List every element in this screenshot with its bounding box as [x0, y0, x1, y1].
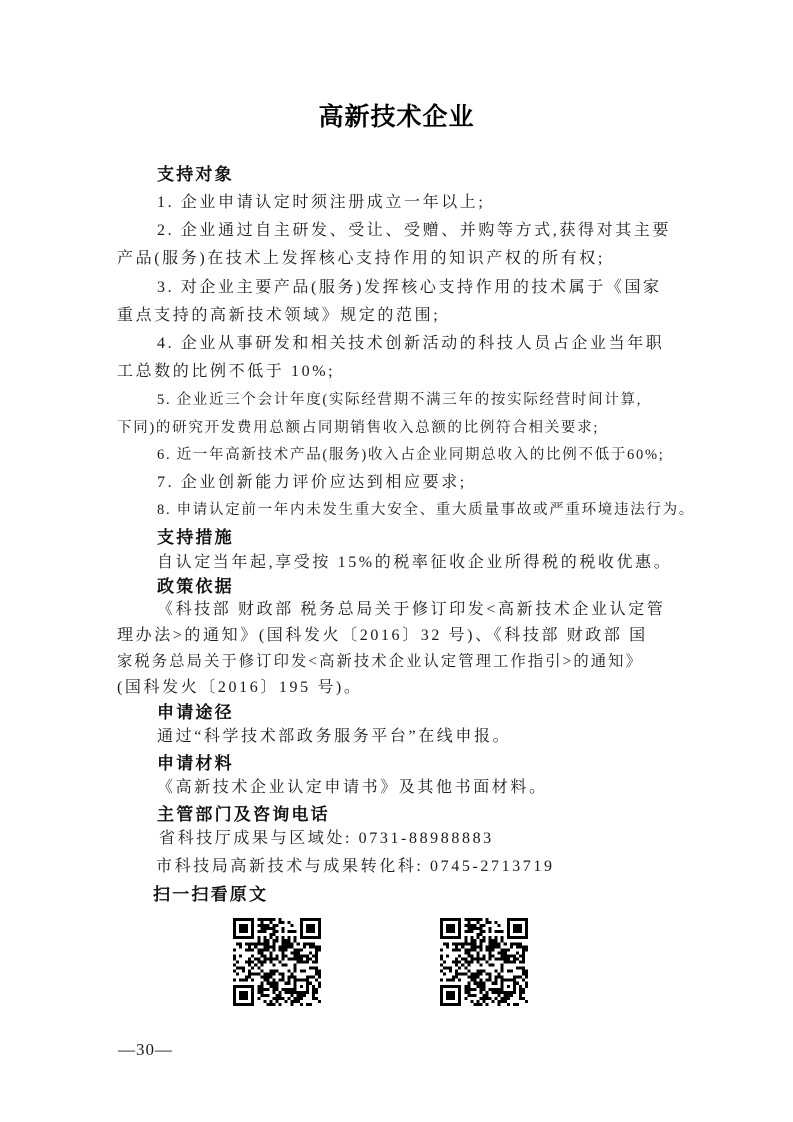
- body-line: 5. 企业近三个会计年度(实际经营期不满三年的按实际经营时间计算,: [157, 392, 642, 409]
- body-line: 家税务总局关于修订印发<高新技术企业认定管理工作指引>的通知》: [117, 653, 643, 671]
- body-line: 工总数的比例不低于 10%;: [117, 363, 335, 381]
- body-line: 8. 申请认定前一年内未发生重大安全、重大质量事故或严重环境违法行为。: [157, 502, 695, 519]
- body-line: 6. 近一年高新技术产品(服务)收入占企业同期总收入的比例不低于60%;: [157, 447, 664, 464]
- body-line: 4. 企业从事研发和相关技术创新活动的科技人员占企业当年职: [157, 335, 664, 353]
- document-page: 高新技术企业 支持对象 1. 企业申请认定时须注册成立一年以上; 2. 企业通过…: [0, 0, 793, 1122]
- body-line: 通过“科学技术部政务服务平台”在线申报。: [157, 728, 511, 746]
- body-line: 重点支持的高新技术领域》规定的范围;: [117, 307, 440, 325]
- body-line: 2. 企业通过自主研发、受让、受赠、并购等方式,获得对其主要: [157, 222, 671, 240]
- heading-departments-phones: 主管部门及咨询电话: [157, 805, 330, 825]
- body-line: 《科技部 财政部 税务总局关于修订印发<高新技术企业认定管: [157, 601, 665, 619]
- heading-support-measures: 支持措施: [157, 528, 234, 548]
- phone-line-province: 省科技厅成果与区域处: 0731-88988883: [159, 830, 494, 848]
- heading-scan-qr: 扫一扫看原文: [153, 885, 268, 905]
- qr-code-right-icon: [440, 918, 528, 1006]
- heading-application-channel: 申请途径: [157, 703, 234, 723]
- phone-line-city: 市科技局高新技术与成果转化科: 0745-2713719: [156, 858, 555, 876]
- page-title: 高新技术企业: [0, 104, 793, 133]
- body-line: 《高新技术企业认定申请书》及其他书面材料。: [157, 779, 548, 797]
- body-line: 3. 对企业主要产品(服务)发挥核心支持作用的技术属于《国家: [157, 279, 662, 297]
- body-line: 理办法>的通知》(国科发火〔2016〕32 号)、《科技部 财政部 国: [117, 627, 648, 645]
- qr-code-left-icon: [233, 918, 321, 1006]
- heading-application-materials: 申请材料: [157, 754, 234, 774]
- body-line: 1. 企业申请认定时须注册成立一年以上;: [157, 194, 485, 212]
- body-line: 自认定当年起,享受按 15%的税率征收企业所得税的税收优惠。: [157, 554, 672, 572]
- body-line: 下同)的研究开发费用总额占同期销售收入总额的比例符合相关要求;: [117, 420, 599, 437]
- heading-support-target: 支持对象: [157, 165, 234, 185]
- body-line: 产品(服务)在技术上发挥核心支持作用的知识产权的所有权;: [117, 250, 605, 268]
- page-number: —30—: [118, 1040, 173, 1060]
- heading-policy-basis: 政策依据: [157, 577, 234, 597]
- body-line: 7. 企业创新能力评价应达到相应要求;: [157, 474, 467, 492]
- body-line: (国科发火〔2016〕195 号)。: [117, 679, 362, 697]
